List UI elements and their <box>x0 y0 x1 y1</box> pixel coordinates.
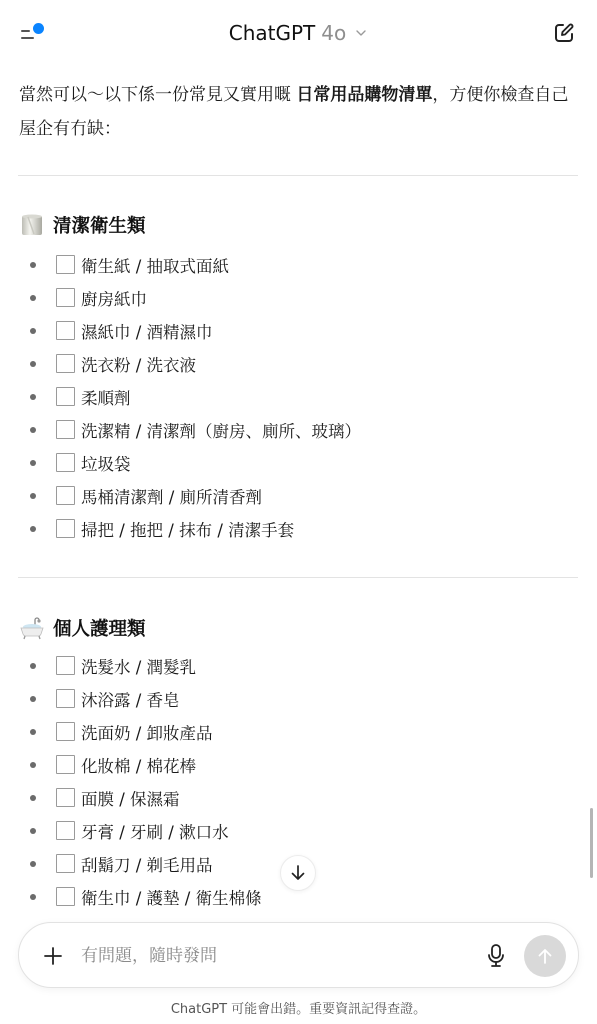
checkbox[interactable] <box>56 387 75 406</box>
bullet-icon <box>30 460 36 466</box>
section-title: 清潔衛生類 <box>53 212 146 238</box>
bullet-icon <box>30 394 36 400</box>
list-item: 洗衣粉 / 洗衣液 <box>0 348 597 381</box>
bullet-icon <box>30 696 36 702</box>
checkbox[interactable] <box>56 519 75 538</box>
bullet-icon <box>30 328 36 334</box>
new-chat-button[interactable] <box>551 20 577 46</box>
bathtub-icon <box>19 616 45 640</box>
checkbox[interactable] <box>56 755 75 774</box>
plus-icon <box>41 944 65 968</box>
menu-line-icon <box>21 30 30 32</box>
checkbox[interactable] <box>56 722 75 741</box>
bullet-icon <box>30 427 36 433</box>
top-bar: ChatGPT 4o <box>0 0 597 66</box>
arrow-down-icon <box>289 864 307 882</box>
item-label: 化妝棉 / 棉花棒 <box>81 753 196 777</box>
list-item: 廚房紙巾 <box>0 282 597 315</box>
item-label: 濕紙巾 / 酒精濕巾 <box>81 319 213 343</box>
item-label: 洗髮水 / 潤髮乳 <box>81 654 196 678</box>
intro-bold-text: 日常用品購物清單 <box>296 85 432 105</box>
model-name: 4o <box>321 21 346 45</box>
bullet-icon <box>30 526 36 532</box>
item-label: 衛生巾 / 護墊 / 衛生棉條 <box>81 885 262 909</box>
checkbox[interactable] <box>56 354 75 373</box>
intro-paragraph: 當然可以～以下係一份常見又實用嘅 日常用品購物清單，方便你檢查自己屋企有冇缺： <box>19 78 579 146</box>
checkbox[interactable] <box>56 887 75 906</box>
bullet-icon <box>30 762 36 768</box>
bullet-icon <box>30 729 36 735</box>
list-item: 洗髮水 / 潤髮乳 <box>0 650 597 683</box>
disclaimer-text: ChatGPT 可能會出錯。重要資訊記得查證。 <box>0 998 597 1017</box>
item-label: 掃把 / 拖把 / 抹布 / 清潔手套 <box>81 517 294 541</box>
item-label: 衛生紙 / 抽取式面紙 <box>81 253 229 277</box>
item-label: 洗潔精 / 清潔劑（廚房、廁所、玻璃） <box>81 418 361 442</box>
list-item: 垃圾袋 <box>0 447 597 480</box>
item-label: 柔順劑 <box>81 385 131 409</box>
list-item: 掃把 / 拖把 / 抹布 / 清潔手套 <box>0 513 597 546</box>
bullet-icon <box>30 262 36 268</box>
arrow-up-icon <box>536 947 554 965</box>
list-item: 濕紙巾 / 酒精濕巾 <box>0 315 597 348</box>
item-label: 廚房紙巾 <box>81 286 147 310</box>
sidebar-menu-button[interactable] <box>18 20 48 46</box>
section-heading-cleaning: 清潔衛生類 <box>19 212 146 238</box>
checkbox[interactable] <box>56 656 75 675</box>
bullet-icon <box>30 894 36 900</box>
divider <box>18 577 578 578</box>
intro-text: 當然可以～以下係一份常見又實用嘅 <box>19 85 296 105</box>
item-label: 牙膏 / 牙刷 / 漱口水 <box>81 819 229 843</box>
list-item: 沐浴露 / 香皂 <box>0 683 597 716</box>
item-label: 馬桶清潔劑 / 廁所清香劑 <box>81 484 262 508</box>
list-item: 化妝棉 / 棉花棒 <box>0 749 597 782</box>
bullet-icon <box>30 295 36 301</box>
bullet-icon <box>30 828 36 834</box>
item-label: 面膜 / 保濕霜 <box>81 786 180 810</box>
menu-line-icon <box>21 37 34 39</box>
bullet-icon <box>30 795 36 801</box>
list-item: 牙膏 / 牙刷 / 漱口水 <box>0 815 597 848</box>
toilet-paper-roll-icon <box>19 213 45 237</box>
checkbox[interactable] <box>56 453 75 472</box>
checkbox[interactable] <box>56 486 75 505</box>
section-title: 個人護理類 <box>53 615 146 641</box>
scroll-to-bottom-button[interactable] <box>280 855 316 891</box>
list-item: 面膜 / 保濕霜 <box>0 782 597 815</box>
divider <box>18 175 578 176</box>
item-label: 沐浴露 / 香皂 <box>81 687 180 711</box>
edit-icon <box>551 20 577 46</box>
bullet-icon <box>30 861 36 867</box>
bullet-icon <box>30 663 36 669</box>
checkbox[interactable] <box>56 788 75 807</box>
checkbox[interactable] <box>56 321 75 340</box>
section-heading-personal-care: 個人護理類 <box>19 615 146 641</box>
item-label: 洗衣粉 / 洗衣液 <box>81 352 196 376</box>
bullet-icon <box>30 493 36 499</box>
chevron-down-icon <box>354 26 368 40</box>
voice-input-button[interactable] <box>485 943 507 969</box>
checkbox[interactable] <box>56 255 75 274</box>
checklist-cleaning: 衛生紙 / 抽取式面紙 廚房紙巾 濕紙巾 / 酒精濕巾 洗衣粉 / 洗衣液 柔順… <box>0 249 597 546</box>
item-label: 垃圾袋 <box>81 451 131 475</box>
microphone-icon <box>485 943 507 969</box>
list-item: 柔順劑 <box>0 381 597 414</box>
checkbox[interactable] <box>56 821 75 840</box>
scrollbar-thumb[interactable] <box>590 808 593 878</box>
message-input[interactable] <box>81 943 461 969</box>
message-composer <box>18 922 579 988</box>
checkbox[interactable] <box>56 689 75 708</box>
attach-button[interactable] <box>41 944 65 968</box>
list-item: 洗面奶 / 卸妝產品 <box>0 716 597 749</box>
checkbox[interactable] <box>56 288 75 307</box>
bullet-icon <box>30 361 36 367</box>
list-item: 洗潔精 / 清潔劑（廚房、廁所、玻璃） <box>0 414 597 447</box>
send-button[interactable] <box>524 935 566 977</box>
checkbox[interactable] <box>56 420 75 439</box>
notification-dot-icon <box>33 23 44 34</box>
list-item: 馬桶清潔劑 / 廁所清香劑 <box>0 480 597 513</box>
item-label: 刮鬍刀 / 剃毛用品 <box>81 852 213 876</box>
app-title: ChatGPT <box>229 21 316 45</box>
list-item: 衛生紙 / 抽取式面紙 <box>0 249 597 282</box>
model-selector[interactable]: ChatGPT 4o <box>229 21 368 45</box>
item-label: 洗面奶 / 卸妝產品 <box>81 720 213 744</box>
checkbox[interactable] <box>56 854 75 873</box>
